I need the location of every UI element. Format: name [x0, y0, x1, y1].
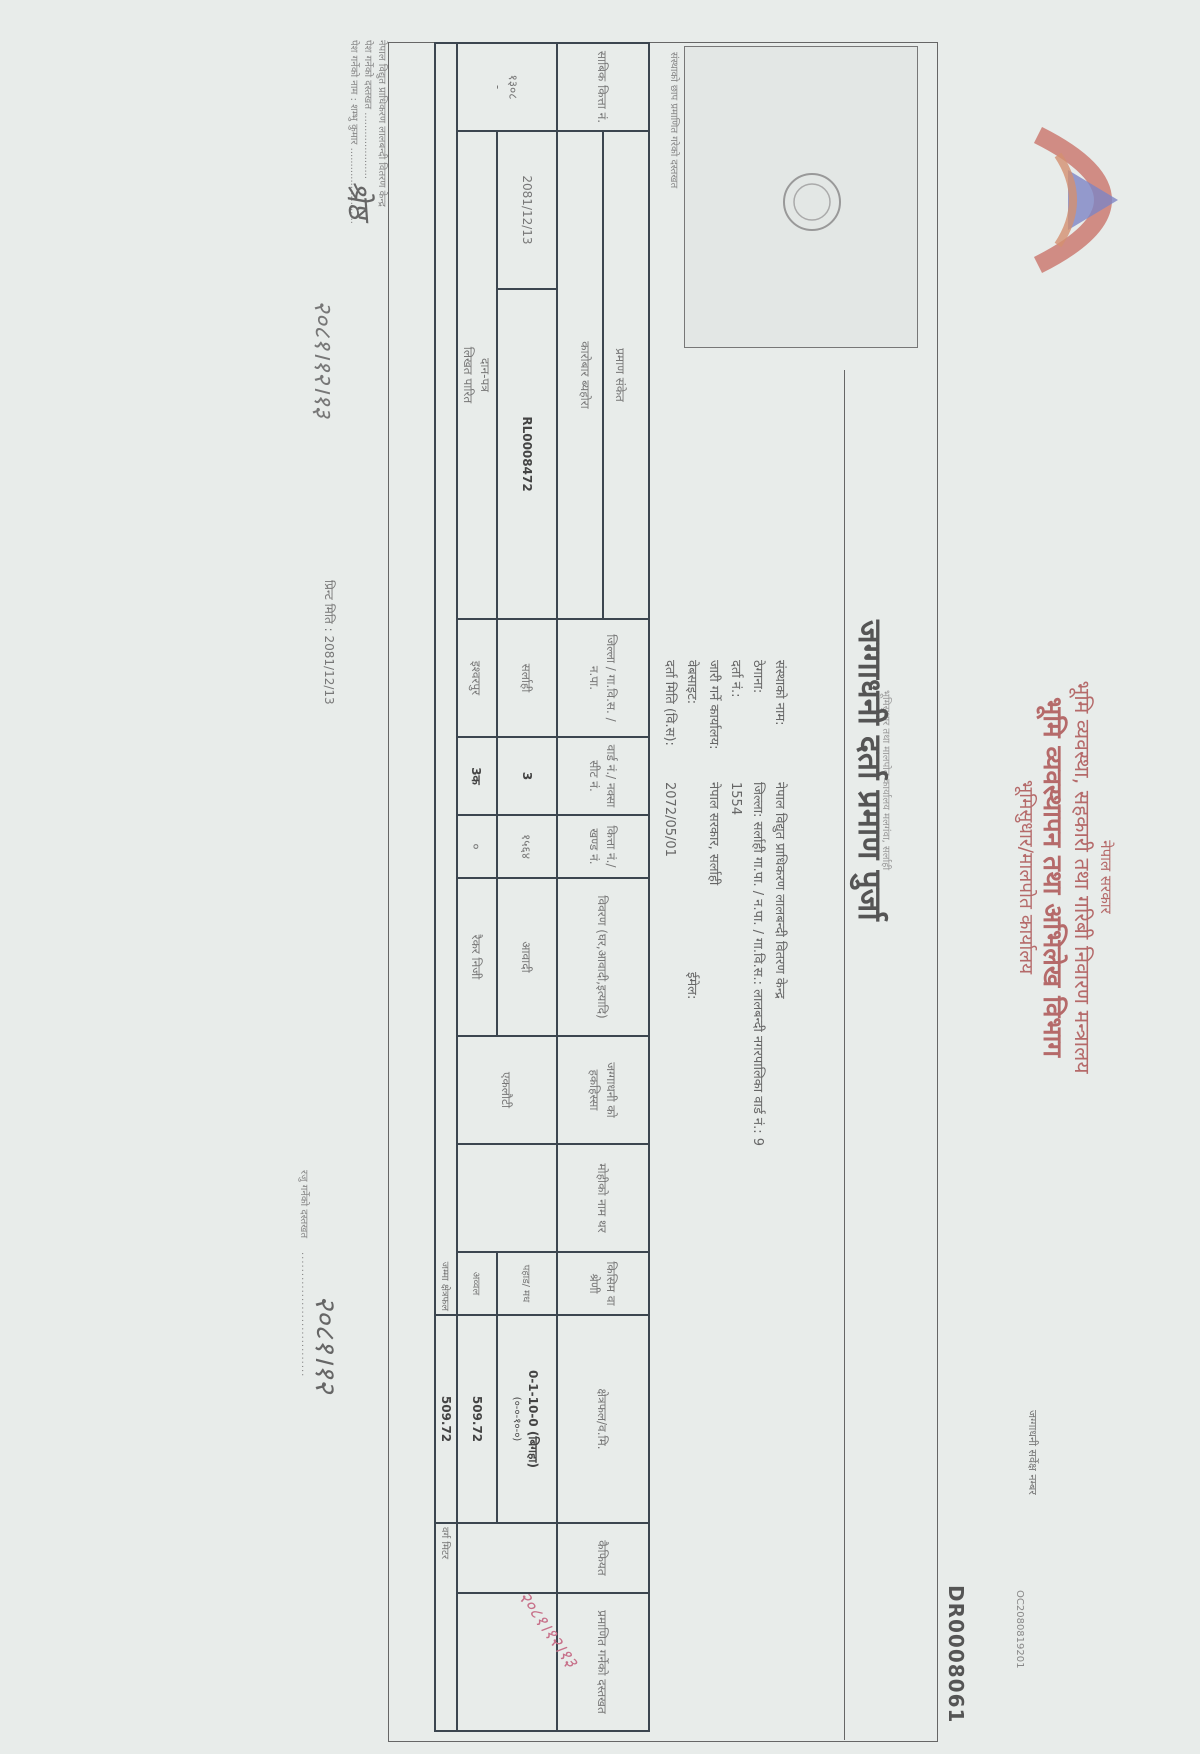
info-label: ठेगाना:: [746, 660, 768, 782]
th-kitta: कित्ता नं./ खण्ड नं.: [557, 815, 649, 878]
karobar-sub: लिखत पारित: [460, 135, 477, 615]
info-row: वेबसाइट:ईमेल:: [680, 660, 702, 1146]
karobar-value: दान-पत्र: [477, 135, 494, 615]
cell-mohi: [457, 1144, 557, 1252]
cell-kaifiyat: [457, 1523, 557, 1593]
info-value: नेपाल सरकार, सर्लाही: [702, 782, 724, 885]
th-pramaan-label: प्रमाण संकेत: [612, 135, 629, 615]
print-date-value: 2081/12/13: [322, 635, 336, 704]
th-kaifiyat: कैफियत: [557, 1523, 649, 1593]
area-ropani: 0-1-10-0 (बिगहा): [526, 1319, 543, 1519]
info-row: दर्ता नं.:1554: [724, 660, 746, 1146]
table-row: १३०८- 2081/12/13 RL0008472 सर्लाही 3 १५६…: [497, 43, 557, 1731]
registrar-signature: २०८१।१२: [307, 1295, 345, 1393]
area-sub: (०-०-१०-०): [512, 1319, 526, 1519]
info-value: [680, 782, 702, 972]
total-label: जम्मा क्षेत्रफल: [435, 43, 457, 1315]
cell-kitta: १५६४: [497, 815, 557, 878]
cell-area: 0-1-10-0 (बिगहा)(०-०-१०-०): [497, 1315, 557, 1523]
photo-box: [684, 46, 918, 348]
info-row: संस्थाको नाम:नेपाल विद्युत प्राधिकरण लाल…: [768, 660, 790, 1146]
info-row: जारी गर्ने कार्यालय:नेपाल सरकार, सर्लाही: [702, 660, 724, 1146]
dr-number: DR0008061: [944, 1585, 968, 1723]
info-row: दर्ता मिति (वि.स):2072/05/01: [658, 660, 680, 1146]
th-bibaran: विवरण (घर,आवादी,इत्यादि): [557, 878, 649, 1036]
total-value: 509.72: [435, 1315, 457, 1523]
department-name: भूमि व्यवस्थापन तथा अभिलेख विभाग: [1036, 0, 1072, 1754]
th-kisim: किसिम वा श्रेणी: [557, 1252, 649, 1315]
cell-karobar: दान-पत्रलिखत पारित: [457, 131, 497, 619]
certificate-info: संस्थाको नाम:नेपाल विद्युत प्राधिकरण लाल…: [658, 660, 790, 1146]
sabik-kitta-sub: -: [492, 47, 506, 127]
info-label: ईमेल:: [680, 972, 702, 999]
cell-district-sub: इश्वरपुर: [457, 619, 497, 737]
print-date: प्रिन्ट मिति : 2081/12/13: [321, 580, 338, 705]
cell-district: सर्लाही: [497, 619, 557, 737]
certificate-title: जग्गाधनी दर्ता प्रमाण पुर्जा: [849, 620, 892, 921]
print-date-label: प्रिन्ट मिति :: [322, 580, 336, 632]
th-district: जिल्ला / गा.वि.स. / न.पा.: [557, 619, 649, 737]
info-value: 1554: [724, 782, 746, 815]
info-label: जारी गर्ने कार्यालय:: [702, 660, 724, 782]
oc-number: OC2080819201: [1014, 1590, 1025, 1668]
cell-bibaran-sub: रैकर निजी: [457, 878, 497, 1036]
info-value: 2072/05/01: [658, 782, 680, 857]
land-details-table: साबिक कित्ता नं. प्रमाण संकेत कारोबार ब्…: [434, 42, 650, 1732]
fee-label: वर्ग मिटर: [435, 1523, 457, 1731]
ministry-name: भूमि व्यवस्था, सहकारी तथा गरिबी निवारण म…: [1068, 0, 1096, 1754]
government-name: नेपाल सरकार: [1096, 0, 1116, 1754]
applicant-signature: श्रेष्ठ: [338, 179, 382, 221]
th-karobar: कारोबार ब्यहोरा: [577, 132, 604, 618]
info-label: दर्ता मिति (वि.स):: [658, 660, 680, 782]
th-mohi: मोहीको नाम थर: [557, 1144, 649, 1252]
th-ward: वार्ड नं./ नक्सा सीट नं.: [557, 737, 649, 815]
info-label: संस्थाको नाम:: [768, 660, 790, 782]
land-ownership-certificate: नेपाल सरकार भूमि व्यवस्था, सहकारी तथा गर…: [0, 0, 1200, 1754]
cell-kitta-sub: ०: [457, 815, 497, 878]
info-label: दर्ता नं.:: [724, 660, 746, 782]
seal-icon: [777, 167, 847, 237]
th-sabik-kitta: साबिक कित्ता नं.: [557, 43, 649, 131]
cell-code: RL0008472: [497, 289, 557, 619]
registrar-signature-label: रजु गर्नेको दस्तखत: [298, 1170, 312, 1238]
serial-label: जग्गाधनी सर्वेक्ष नम्बर: [1025, 1410, 1040, 1495]
th-area: क्षेत्रफल/व.मि.: [557, 1315, 649, 1523]
photo-caption: संस्थाको छाप प्रमाणित गरेको दस्तखत: [668, 52, 682, 188]
th-pramaan: प्रमाण संकेत कारोबार ब्यहोरा: [557, 131, 649, 619]
sabik-kitta-value: १३०८: [506, 47, 523, 127]
cell-area-value: 509.72: [457, 1315, 497, 1523]
table-row: दान-पत्रलिखत पारित इश्वरपुर 3क ० रैकर नि…: [457, 43, 497, 1731]
applicant-signature-date: २०८१।१२।१३: [307, 300, 340, 418]
cell-sabik-kitta: १३०८-: [457, 43, 557, 131]
cell-kisim: पहाड/ मध: [497, 1252, 557, 1315]
cell-ward-sub: 3क: [457, 737, 497, 815]
cell-haksiyat: एकलौटी: [457, 1036, 557, 1144]
table-total-row: जम्मा क्षेत्रफल 509.72 वर्ग मिटर: [435, 43, 457, 1731]
table-header-row: साबिक कित्ता नं. प्रमाण संकेत कारोबार ब्…: [557, 43, 649, 1731]
cell-kisim-bottom: अव्वल: [457, 1252, 497, 1315]
th-haksiyat: जग्गाधनी को हकहिस्सा: [557, 1036, 649, 1144]
info-label: वेबसाइट:: [680, 660, 702, 782]
cell-date: 2081/12/13: [497, 131, 557, 289]
title-divider: [844, 370, 845, 1740]
cell-bibaran: आवादी: [497, 878, 557, 1036]
cell-ward: 3: [497, 737, 557, 815]
info-row: ठेगाना:जिल्ला: सर्लाही गा.पा. / न.पा. / …: [746, 660, 768, 1146]
info-value: नेपाल विद्युत प्राधिकरण लालबन्दी वितरण क…: [768, 782, 790, 999]
info-value: जिल्ला: सर्लाही गा.पा. / न.पा. / गा.वि.स…: [746, 782, 768, 1146]
